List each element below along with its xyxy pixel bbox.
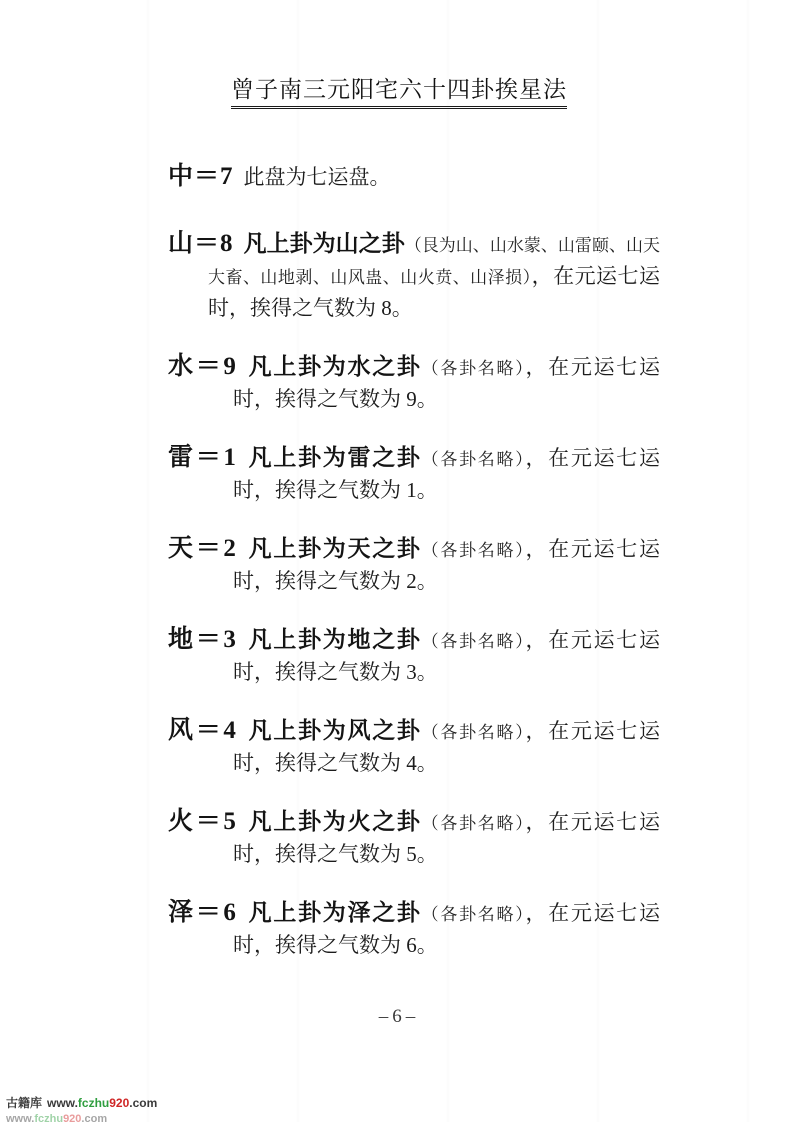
entry-key: 天＝2 <box>168 535 237 562</box>
entry-shui: 水＝9凡上卦为水之卦（各卦名略），在元运七运时，挨得之气数为 9。 <box>168 351 660 415</box>
entry-bold-text: 凡上卦为风之卦 <box>247 718 422 743</box>
entry-key: 泽＝6 <box>168 899 237 926</box>
watermark-url-suffix: .com <box>129 1096 157 1110</box>
entry-shan: 山＝8凡上卦为山之卦（艮为山、山水蒙、山雷颐、山天大畜、山地剥、山风蛊、山火贲、… <box>168 228 660 324</box>
document-body: 中＝7此盘为七运盘。 山＝8凡上卦为山之卦（艮为山、山水蒙、山雷颐、山天大畜、山… <box>0 161 798 961</box>
watermark: 古籍库www.fczhu920.com <box>6 1094 157 1111</box>
entry-paren-text: （各卦名略） <box>422 359 526 378</box>
entry-paren-text: （各卦名略） <box>422 814 526 833</box>
entry-bold-text: 凡上卦为泽之卦 <box>247 900 422 925</box>
watermark-site-name: 古籍库 <box>6 1096 42 1110</box>
entry-paren-text: （各卦名略） <box>422 632 526 651</box>
watermark-url-red: 920 <box>109 1096 129 1110</box>
entry-bold-text: 凡上卦为地之卦 <box>247 627 422 652</box>
entry-key: 风＝4 <box>168 717 237 744</box>
entry-paren-text: （各卦名略） <box>422 723 526 742</box>
entry-feng: 风＝4凡上卦为风之卦（各卦名略），在元运七运时，挨得之气数为 4。 <box>168 715 660 779</box>
entry-bold-text: 凡上卦为火之卦 <box>247 809 422 834</box>
entry-huo: 火＝5凡上卦为火之卦（各卦名略），在元运七运时，挨得之气数为 5。 <box>168 806 660 870</box>
entry-lei: 雷＝1凡上卦为雷之卦（各卦名略），在元运七运时，挨得之气数为 1。 <box>168 442 660 506</box>
title-row: 曾子南三元阳宅六十四卦挨星法 <box>0 0 798 109</box>
entry-key: 火＝5 <box>168 808 237 835</box>
entry-di: 地＝3凡上卦为地之卦（各卦名略），在元运七运时，挨得之气数为 3。 <box>168 624 660 688</box>
entry-paren-text: （各卦名略） <box>422 450 526 469</box>
document-page: 曾子南三元阳宅六十四卦挨星法 中＝7此盘为七运盘。 山＝8凡上卦为山之卦（艮为山… <box>0 0 798 1122</box>
entry-bold-text: 凡上卦为天之卦 <box>247 536 422 561</box>
entry-zhong: 中＝7此盘为七运盘。 <box>168 161 660 194</box>
watermark-url-prefix: www. <box>47 1096 78 1110</box>
entry-rest-text: 此盘为七运盘。 <box>244 165 391 189</box>
page-number: –6– <box>0 1006 798 1028</box>
entry-tian: 天＝2凡上卦为天之卦（各卦名略），在元运七运时，挨得之气数为 2。 <box>168 533 660 597</box>
watermark-url-red: 920 <box>63 1113 81 1122</box>
watermark-url-green: fczhu <box>34 1113 63 1122</box>
watermark-clipped-line: www.fczhu920.com <box>6 1113 107 1122</box>
entry-key: 水＝9 <box>168 353 237 380</box>
entry-bold-text: 凡上卦为山之卦 <box>244 231 405 256</box>
watermark-url-suffix: .com <box>81 1113 107 1122</box>
entry-paren-text: （各卦名略） <box>422 905 526 924</box>
entry-bold-text: 凡上卦为雷之卦 <box>247 445 422 470</box>
entry-key: 山＝8 <box>168 230 234 257</box>
entry-paren-text: （各卦名略） <box>422 541 526 560</box>
watermark-url-prefix: www. <box>6 1113 34 1122</box>
watermark-url-green: fczhu <box>78 1096 109 1110</box>
entry-key: 雷＝1 <box>168 444 237 471</box>
entry-key: 中＝7 <box>168 163 234 190</box>
entry-key: 地＝3 <box>168 626 237 653</box>
entry-bold-text: 凡上卦为水之卦 <box>247 354 422 379</box>
entry-ze: 泽＝6凡上卦为泽之卦（各卦名略），在元运七运时，挨得之气数为 6。 <box>168 897 660 961</box>
page-title: 曾子南三元阳宅六十四卦挨星法 <box>231 76 567 109</box>
